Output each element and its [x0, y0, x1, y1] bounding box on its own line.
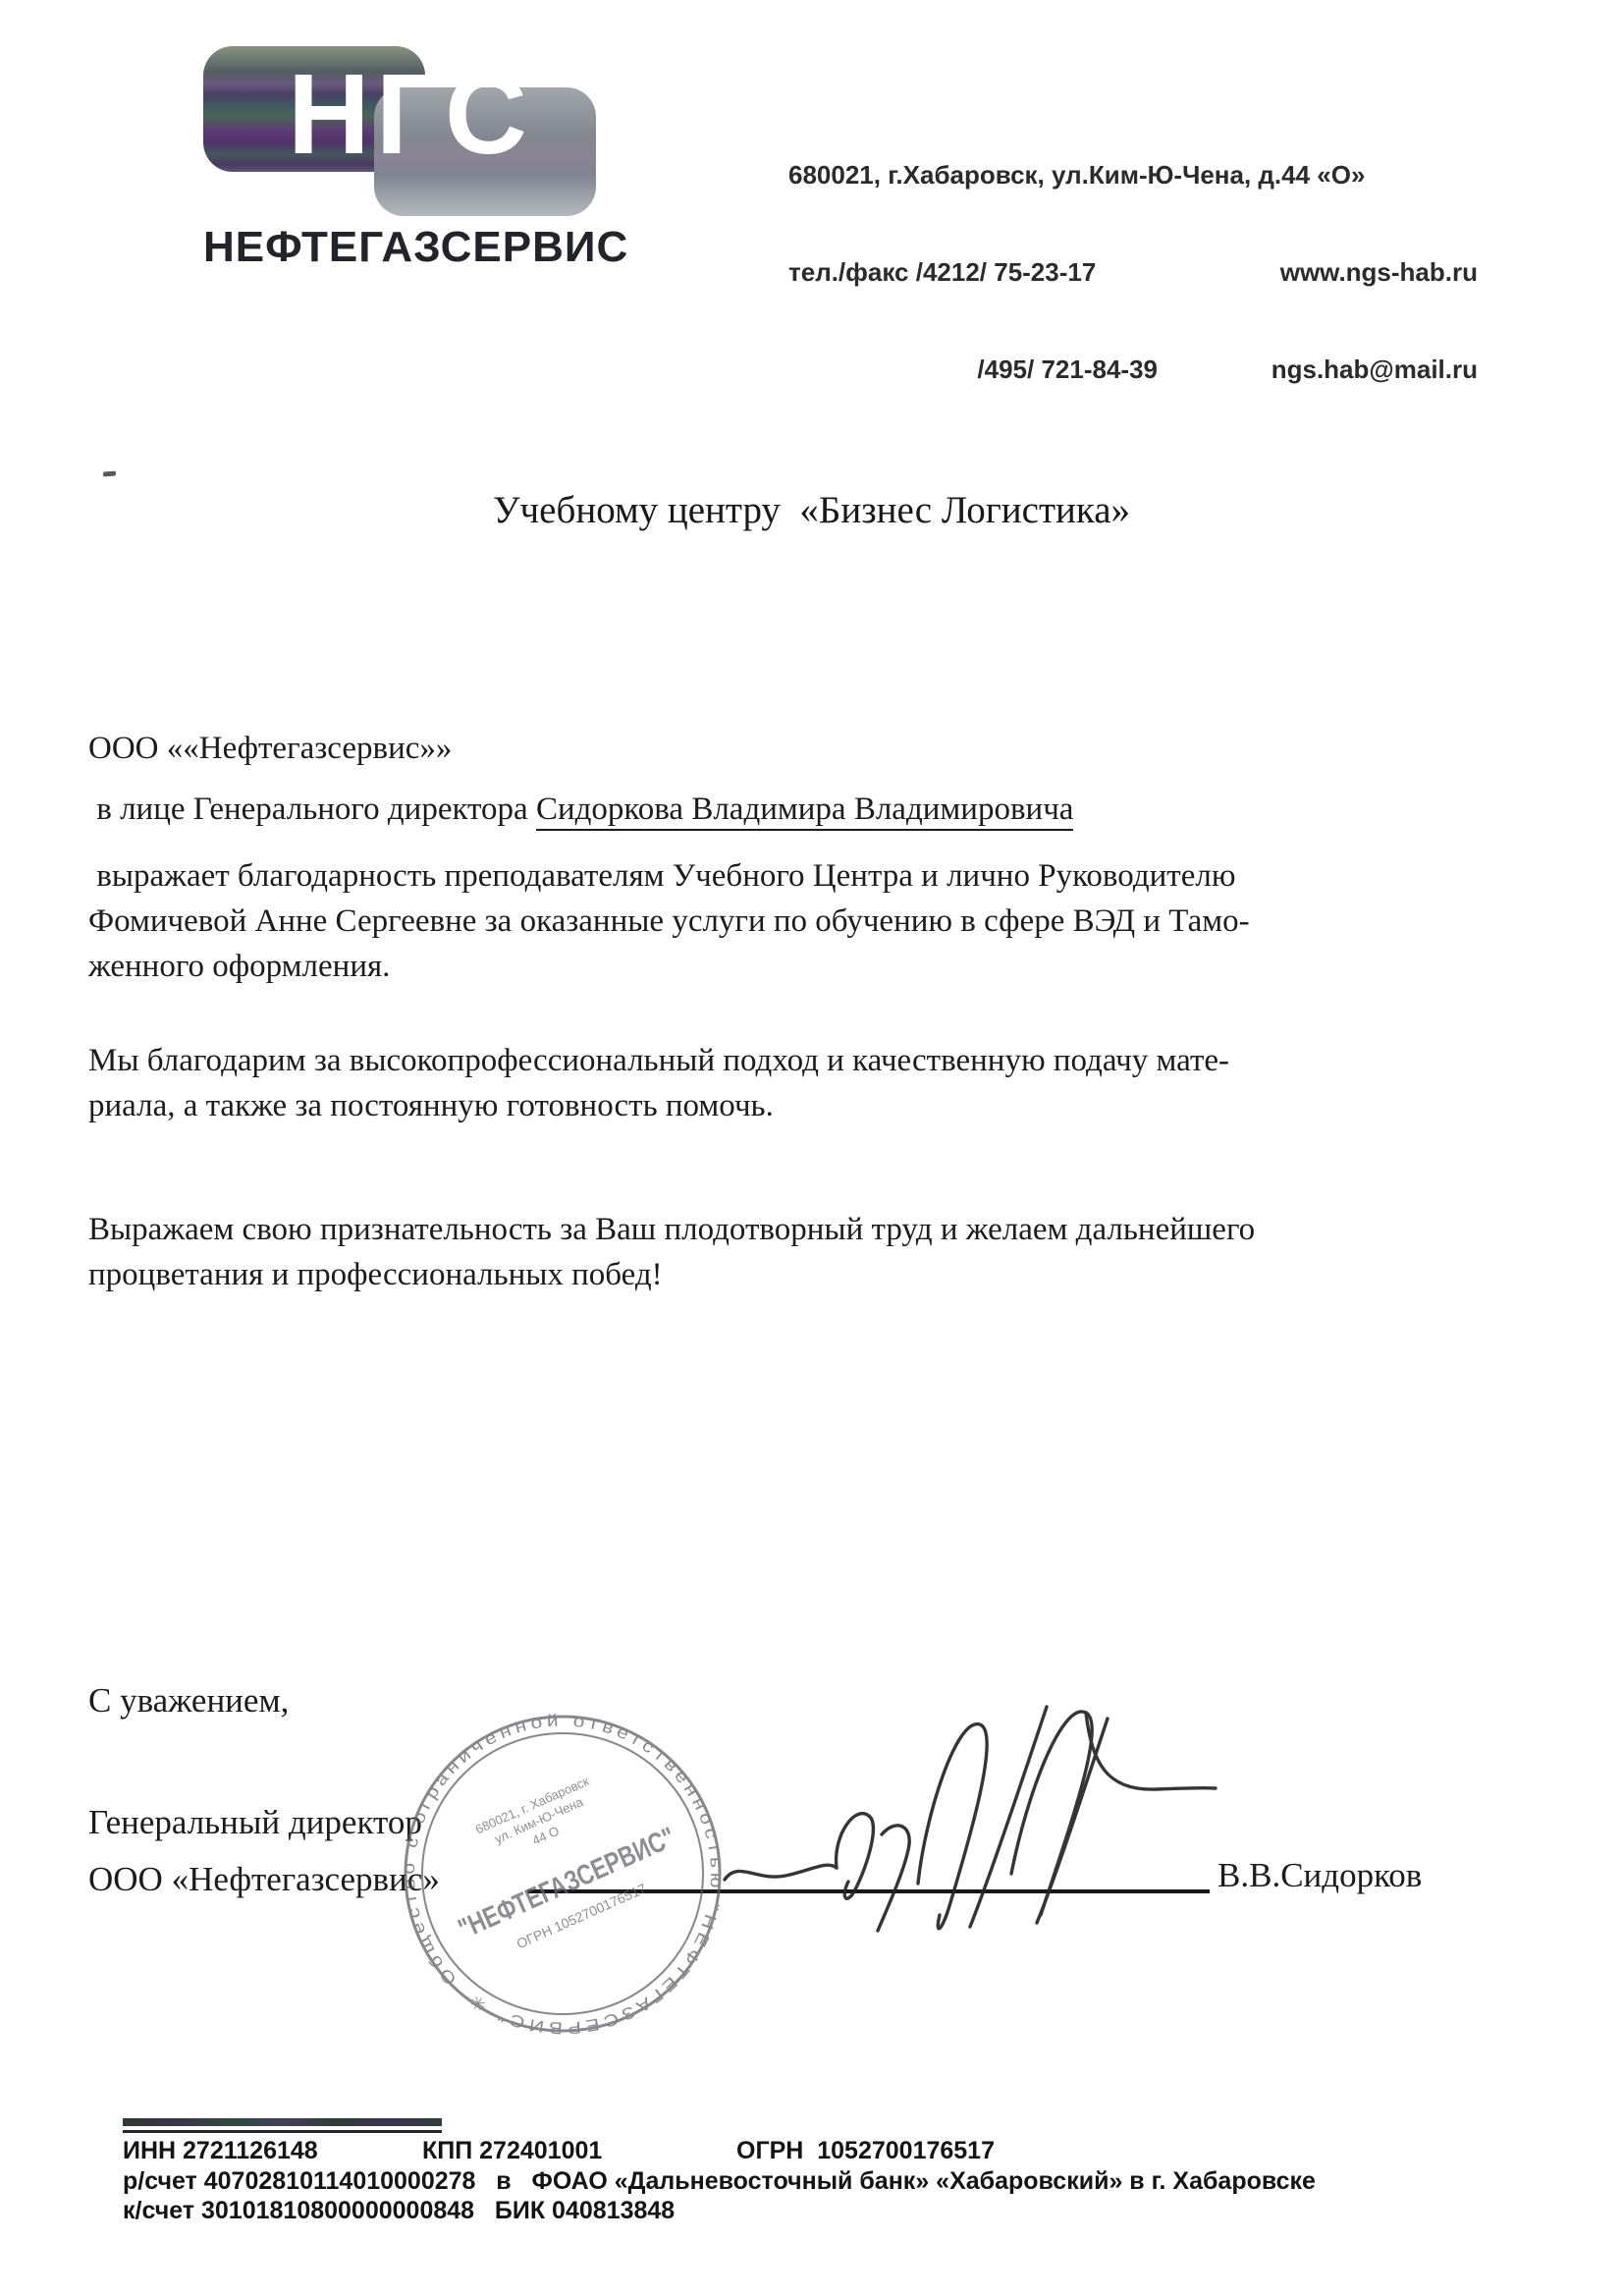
logo-acronym: НГС — [288, 57, 533, 171]
scan-artifact-dash — [103, 471, 116, 477]
paragraph3-line2: процветания и профессиональных побед! — [88, 1257, 663, 1293]
footer-accent-bar — [123, 2118, 442, 2126]
footer-inn: ИНН 2721126148 — [123, 2137, 422, 2165]
paragraph1-line2: Фомичевой Анне Сергеевне за оказанные ус… — [88, 903, 1250, 940]
footer-kpp: КПП 272401001 — [422, 2137, 736, 2165]
paragraph1-line1: выражает благодарность преподавателям Уч… — [88, 858, 1235, 895]
signature-stroke-diagonal1 — [970, 1707, 1047, 1927]
signer-title: Генеральный директор — [88, 1803, 422, 1842]
company-line: ООО ««Нефтегазсервис»» — [88, 731, 452, 767]
paragraph3-line1: Выражаем свою признательность за Ваш пло… — [88, 1212, 1255, 1248]
signature-stroke-loop1 — [918, 1724, 987, 1929]
footer-rule — [123, 2130, 442, 2133]
signer-company: ООО «Нефтегазсервис» — [88, 1860, 440, 1899]
footer-ogrn: ОГРН 1052700176517 — [736, 2137, 995, 2165]
signature-stroke-diagonal2 — [1037, 1719, 1108, 1923]
director-name-underlined: Сидоркова Владимира Владимировича — [536, 792, 1073, 831]
logo-company-name: НЕФТЕГАЗСЕРВИС — [203, 223, 628, 272]
footer-corr-line: к/счет 30101810800000000848 БИК 04081384… — [123, 2197, 675, 2225]
contact-email: ngs.hab@mail.ru — [1271, 354, 1478, 386]
closing-line: С уважением, — [88, 1681, 289, 1721]
director-line: в лице Генерального директора Сидоркова … — [88, 792, 1073, 828]
contact-address: 680021, г.Хабаровск, ул.Ким-Ю-Чена, д.44… — [788, 159, 1478, 191]
paragraph2-line2: риала, а также за постоянную готовность … — [88, 1088, 774, 1124]
paragraph1-line3: женного оформления. — [88, 949, 390, 985]
footer-account-line: р/счет 40702810114010000278 в ФОАО «Даль… — [123, 2167, 1316, 2196]
header-contact-block: 680021, г.Хабаровск, ул.Ким-Ю-Чена, д.44… — [788, 94, 1478, 451]
signature-stroke-letters — [837, 1814, 910, 1931]
signer-name: В.В.Сидорков — [1217, 1856, 1422, 1895]
handwritten-signature — [717, 1687, 1237, 1947]
recipient-line: Учебному центру «Бизнес Логистика» — [0, 488, 1623, 532]
contact-phone2: /495/ 721-84-39 — [788, 354, 1162, 386]
footer-registration-row: ИНН 2721126148 КПП 272401001 ОГРН 105270… — [123, 2137, 995, 2165]
paragraph2-line1: Мы благодарим за высокопрофессиональный … — [88, 1043, 1229, 1079]
signature-stroke-swoosh — [725, 1865, 837, 1880]
contact-website: www.ngs-hab.ru — [1280, 256, 1478, 289]
director-line-prefix: в лице Генерального директора — [88, 792, 536, 827]
letter-page: НГС НЕФТЕГАЗСЕРВИС 680021, г.Хабаровск, … — [0, 0, 1623, 2296]
contact-phone-fax: тел./факс /4212/ 75-23-17 — [788, 256, 1162, 289]
company-stamp: Общество с ограниченной ответственностью… — [398, 1709, 728, 2039]
